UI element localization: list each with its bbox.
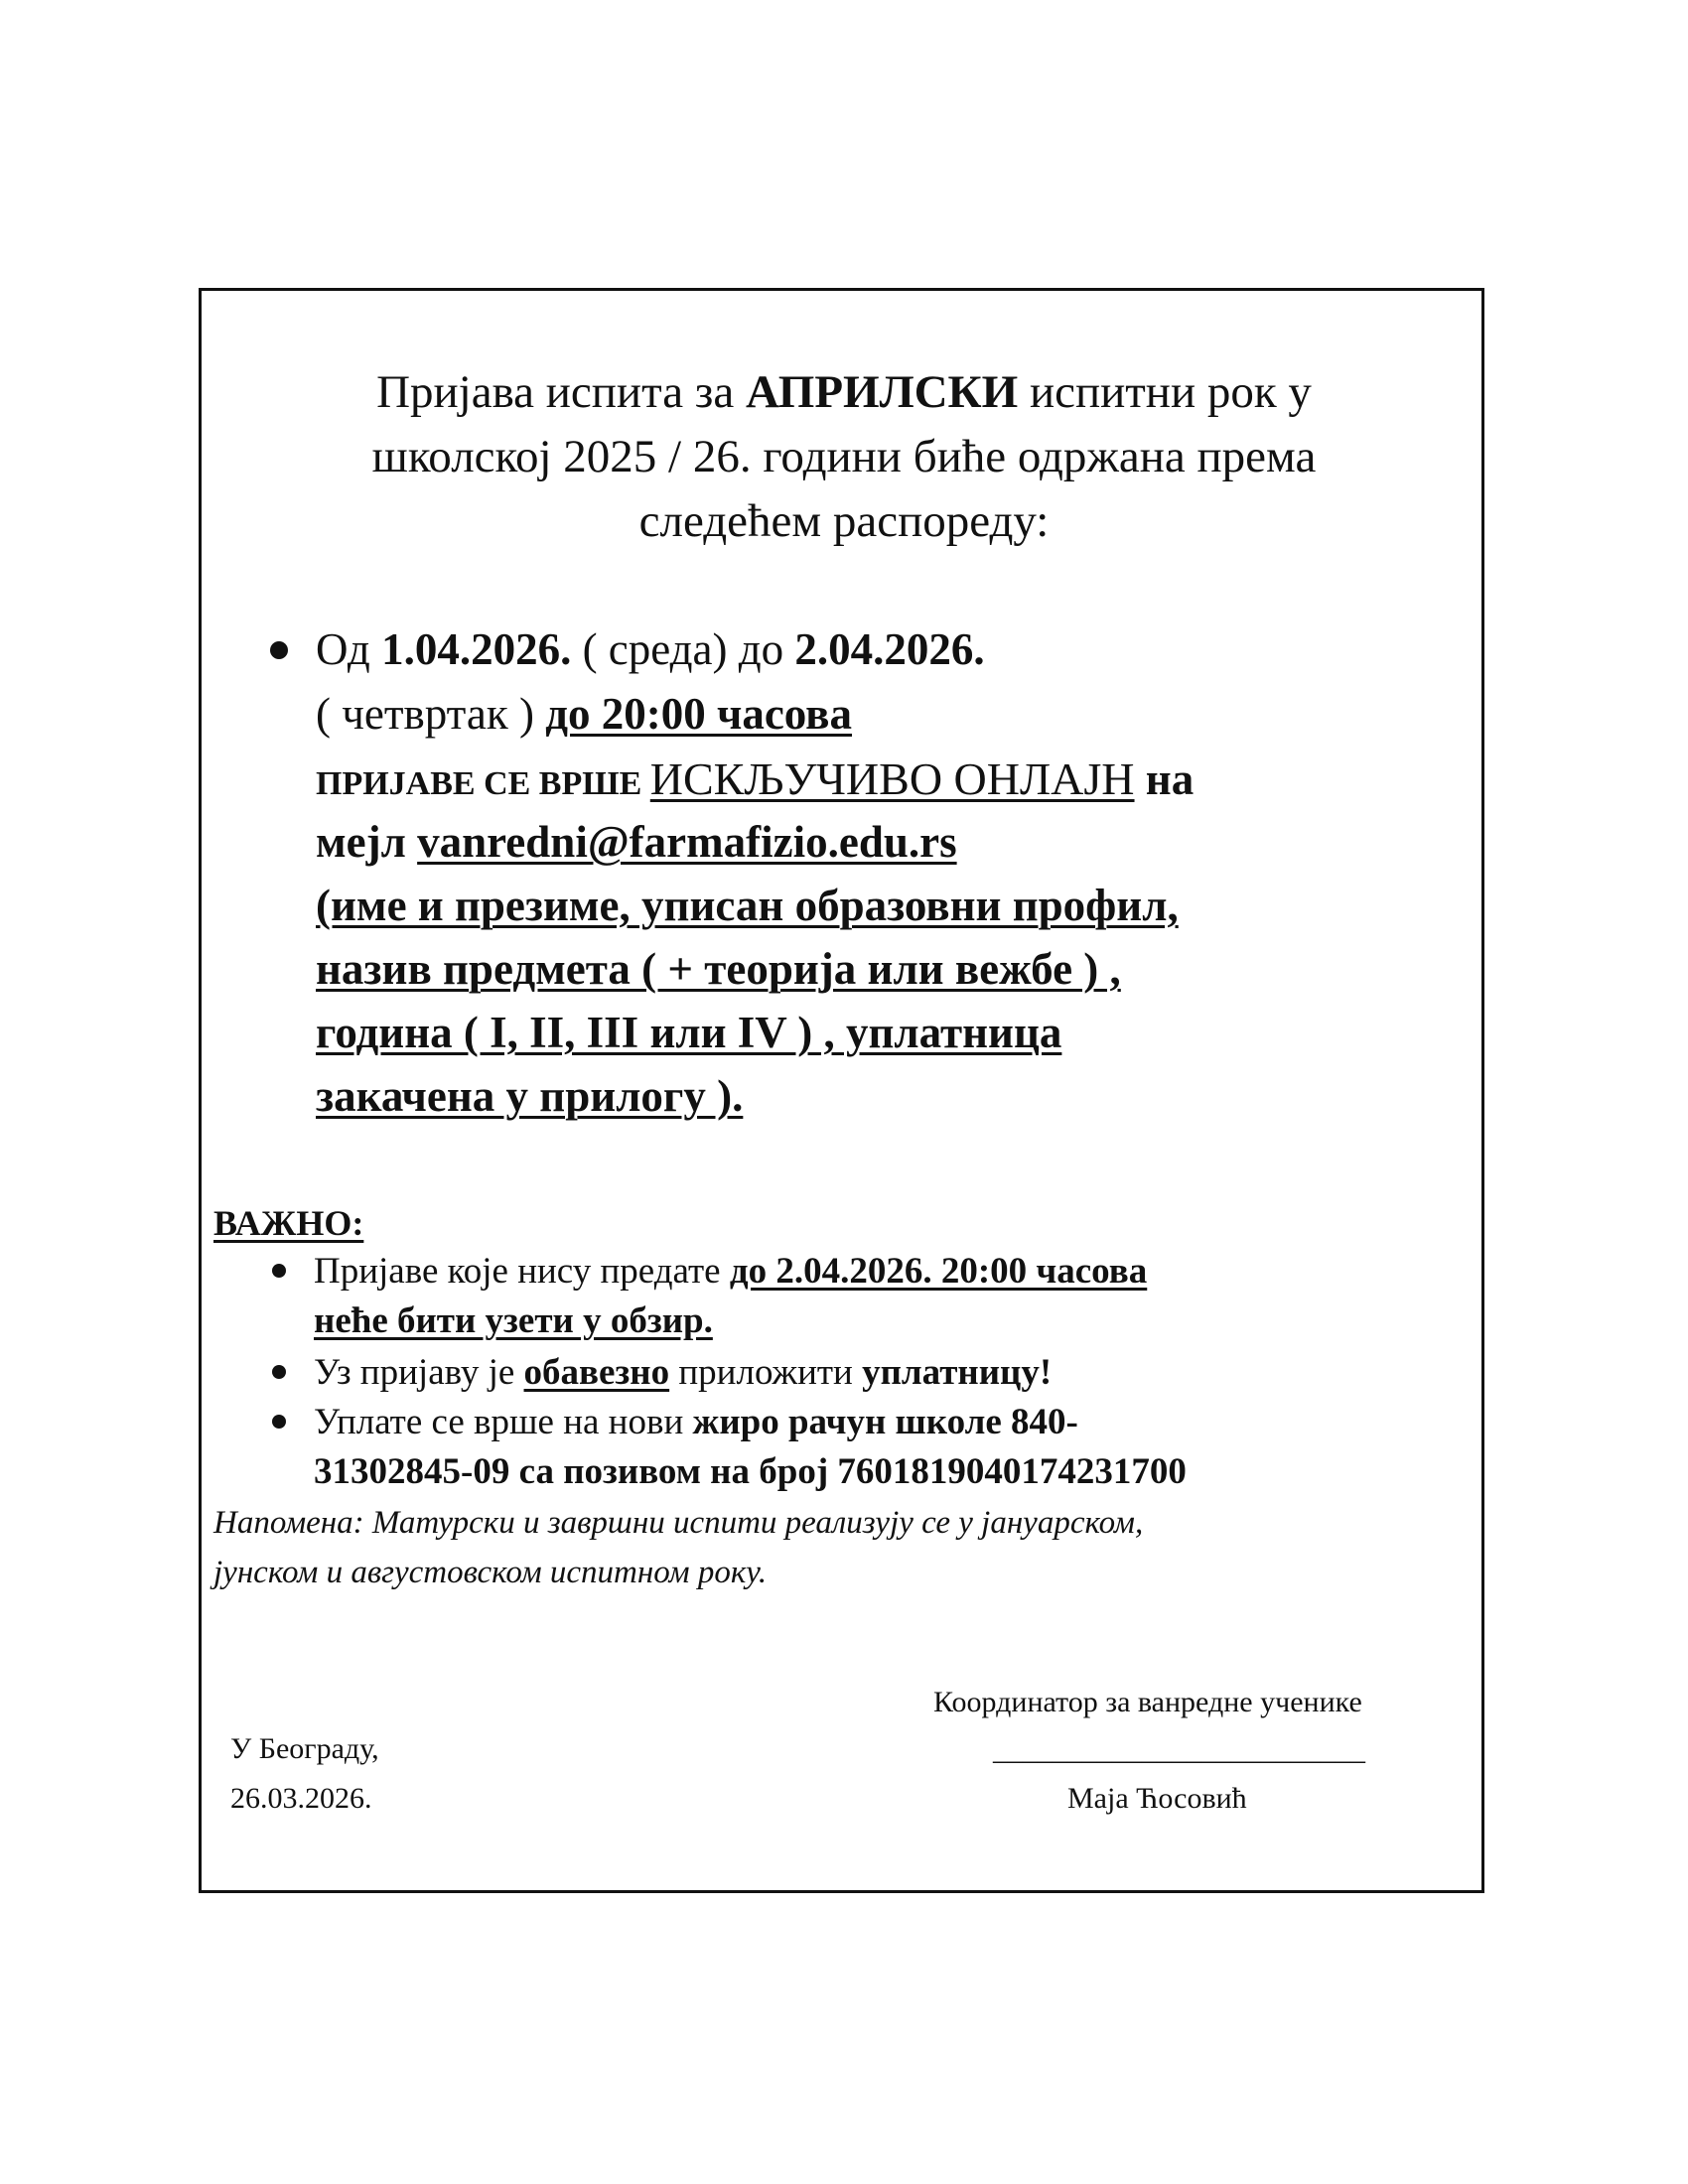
schedule-deadline: ( четвртак ) до 20:00 часова — [316, 692, 852, 737]
from-label: Од — [316, 624, 381, 674]
online-only: ИСКЉУЧИВО ОНЛАЈН — [650, 753, 1135, 804]
item-text: Уплате се врше на нови — [314, 1402, 693, 1442]
bullet-icon — [272, 1264, 286, 1278]
place: У Београду, — [230, 1734, 379, 1764]
email-link[interactable]: vanredni@farmafizio.edu.rs — [417, 817, 957, 867]
title-text: Пријава испита за — [376, 366, 746, 418]
important-item-2: Уз пријаву је обавезно приложити уплатни… — [314, 1354, 1052, 1391]
requirement-line: назив предмета ( + теорија или вежбе ) , — [316, 947, 1121, 992]
bank-account: жиро рачун школе 840- — [693, 1402, 1078, 1442]
title-line-1: Пријава испита за АПРИЛСКИ испитни рок у — [0, 369, 1688, 416]
item-text: Пријаве које нису предате — [314, 1251, 730, 1292]
coordinator-role: Координатор за ванредне ученике — [933, 1688, 1362, 1717]
important-heading: ВАЖНО: — [213, 1205, 363, 1241]
item-text: приложити — [669, 1352, 862, 1393]
email-line: мејл vanredni@farmafizio.edu.rs — [316, 820, 957, 865]
signature-line: _________________________ — [993, 1735, 1365, 1765]
start-date: 1.04.2026. — [381, 624, 571, 674]
schedule-dates: Од 1.04.2026. ( среда) до 2.04.2026. — [316, 627, 985, 672]
submit-post: на — [1135, 754, 1195, 804]
note-line-2: јунском и августовском испитном року. — [213, 1557, 767, 1589]
title-text: испитни рок у — [1018, 366, 1312, 418]
start-day: ( среда) до — [571, 624, 794, 674]
email-label: мејл — [316, 817, 417, 867]
mandatory-word: обавезно — [524, 1352, 670, 1393]
bullet-icon — [270, 641, 288, 659]
requirement-line: година ( I, II, III или IV ) , уплатница — [316, 1011, 1061, 1055]
title-line-2: школској 2025 / 26. години биће одржана … — [0, 434, 1688, 480]
important-item-1: Пријаве које нису предате до 2.04.2026. … — [314, 1253, 1147, 1290]
deadline-time: до 20:00 часова — [545, 689, 852, 739]
exam-period-name: АПРИЛСКИ — [746, 366, 1018, 418]
payment-slip-word: уплатницу! — [862, 1352, 1052, 1393]
bullet-icon — [272, 1365, 286, 1379]
requirement-line: (име и презиме, уписан образовни профил, — [316, 884, 1179, 928]
important-item-3: Уплате се врше на нови жиро рачун школе … — [314, 1404, 1078, 1440]
submission-mode: ПРИЈАВЕ СЕ ВРШЕ ИСКЉУЧИВО ОНЛАЈН на — [316, 756, 1194, 802]
important-item-1-continued: неће бити узети у обзир. — [314, 1302, 713, 1339]
end-day: ( четвртак ) — [316, 689, 545, 739]
bullet-icon — [272, 1415, 286, 1429]
requirement-line: закачена у прилогу ). — [316, 1074, 743, 1119]
item-deadline: до 2.04.2026. 20:00 часова — [730, 1251, 1147, 1292]
important-item-3-continued: 31302845-09 са позивом на број 760181904… — [314, 1453, 1187, 1490]
submit-label: ПРИЈАВЕ СЕ ВРШЕ — [316, 765, 650, 802]
document-date: 26.03.2026. — [230, 1784, 372, 1814]
title-line-3: следећем распореду: — [0, 498, 1688, 545]
note-line-1: Напомена: Матурски и завршни испити реал… — [213, 1507, 1143, 1540]
end-date: 2.04.2026. — [794, 624, 984, 674]
coordinator-name: Маја Ћосовић — [1067, 1784, 1247, 1814]
item-text: Уз пријаву је — [314, 1352, 524, 1393]
